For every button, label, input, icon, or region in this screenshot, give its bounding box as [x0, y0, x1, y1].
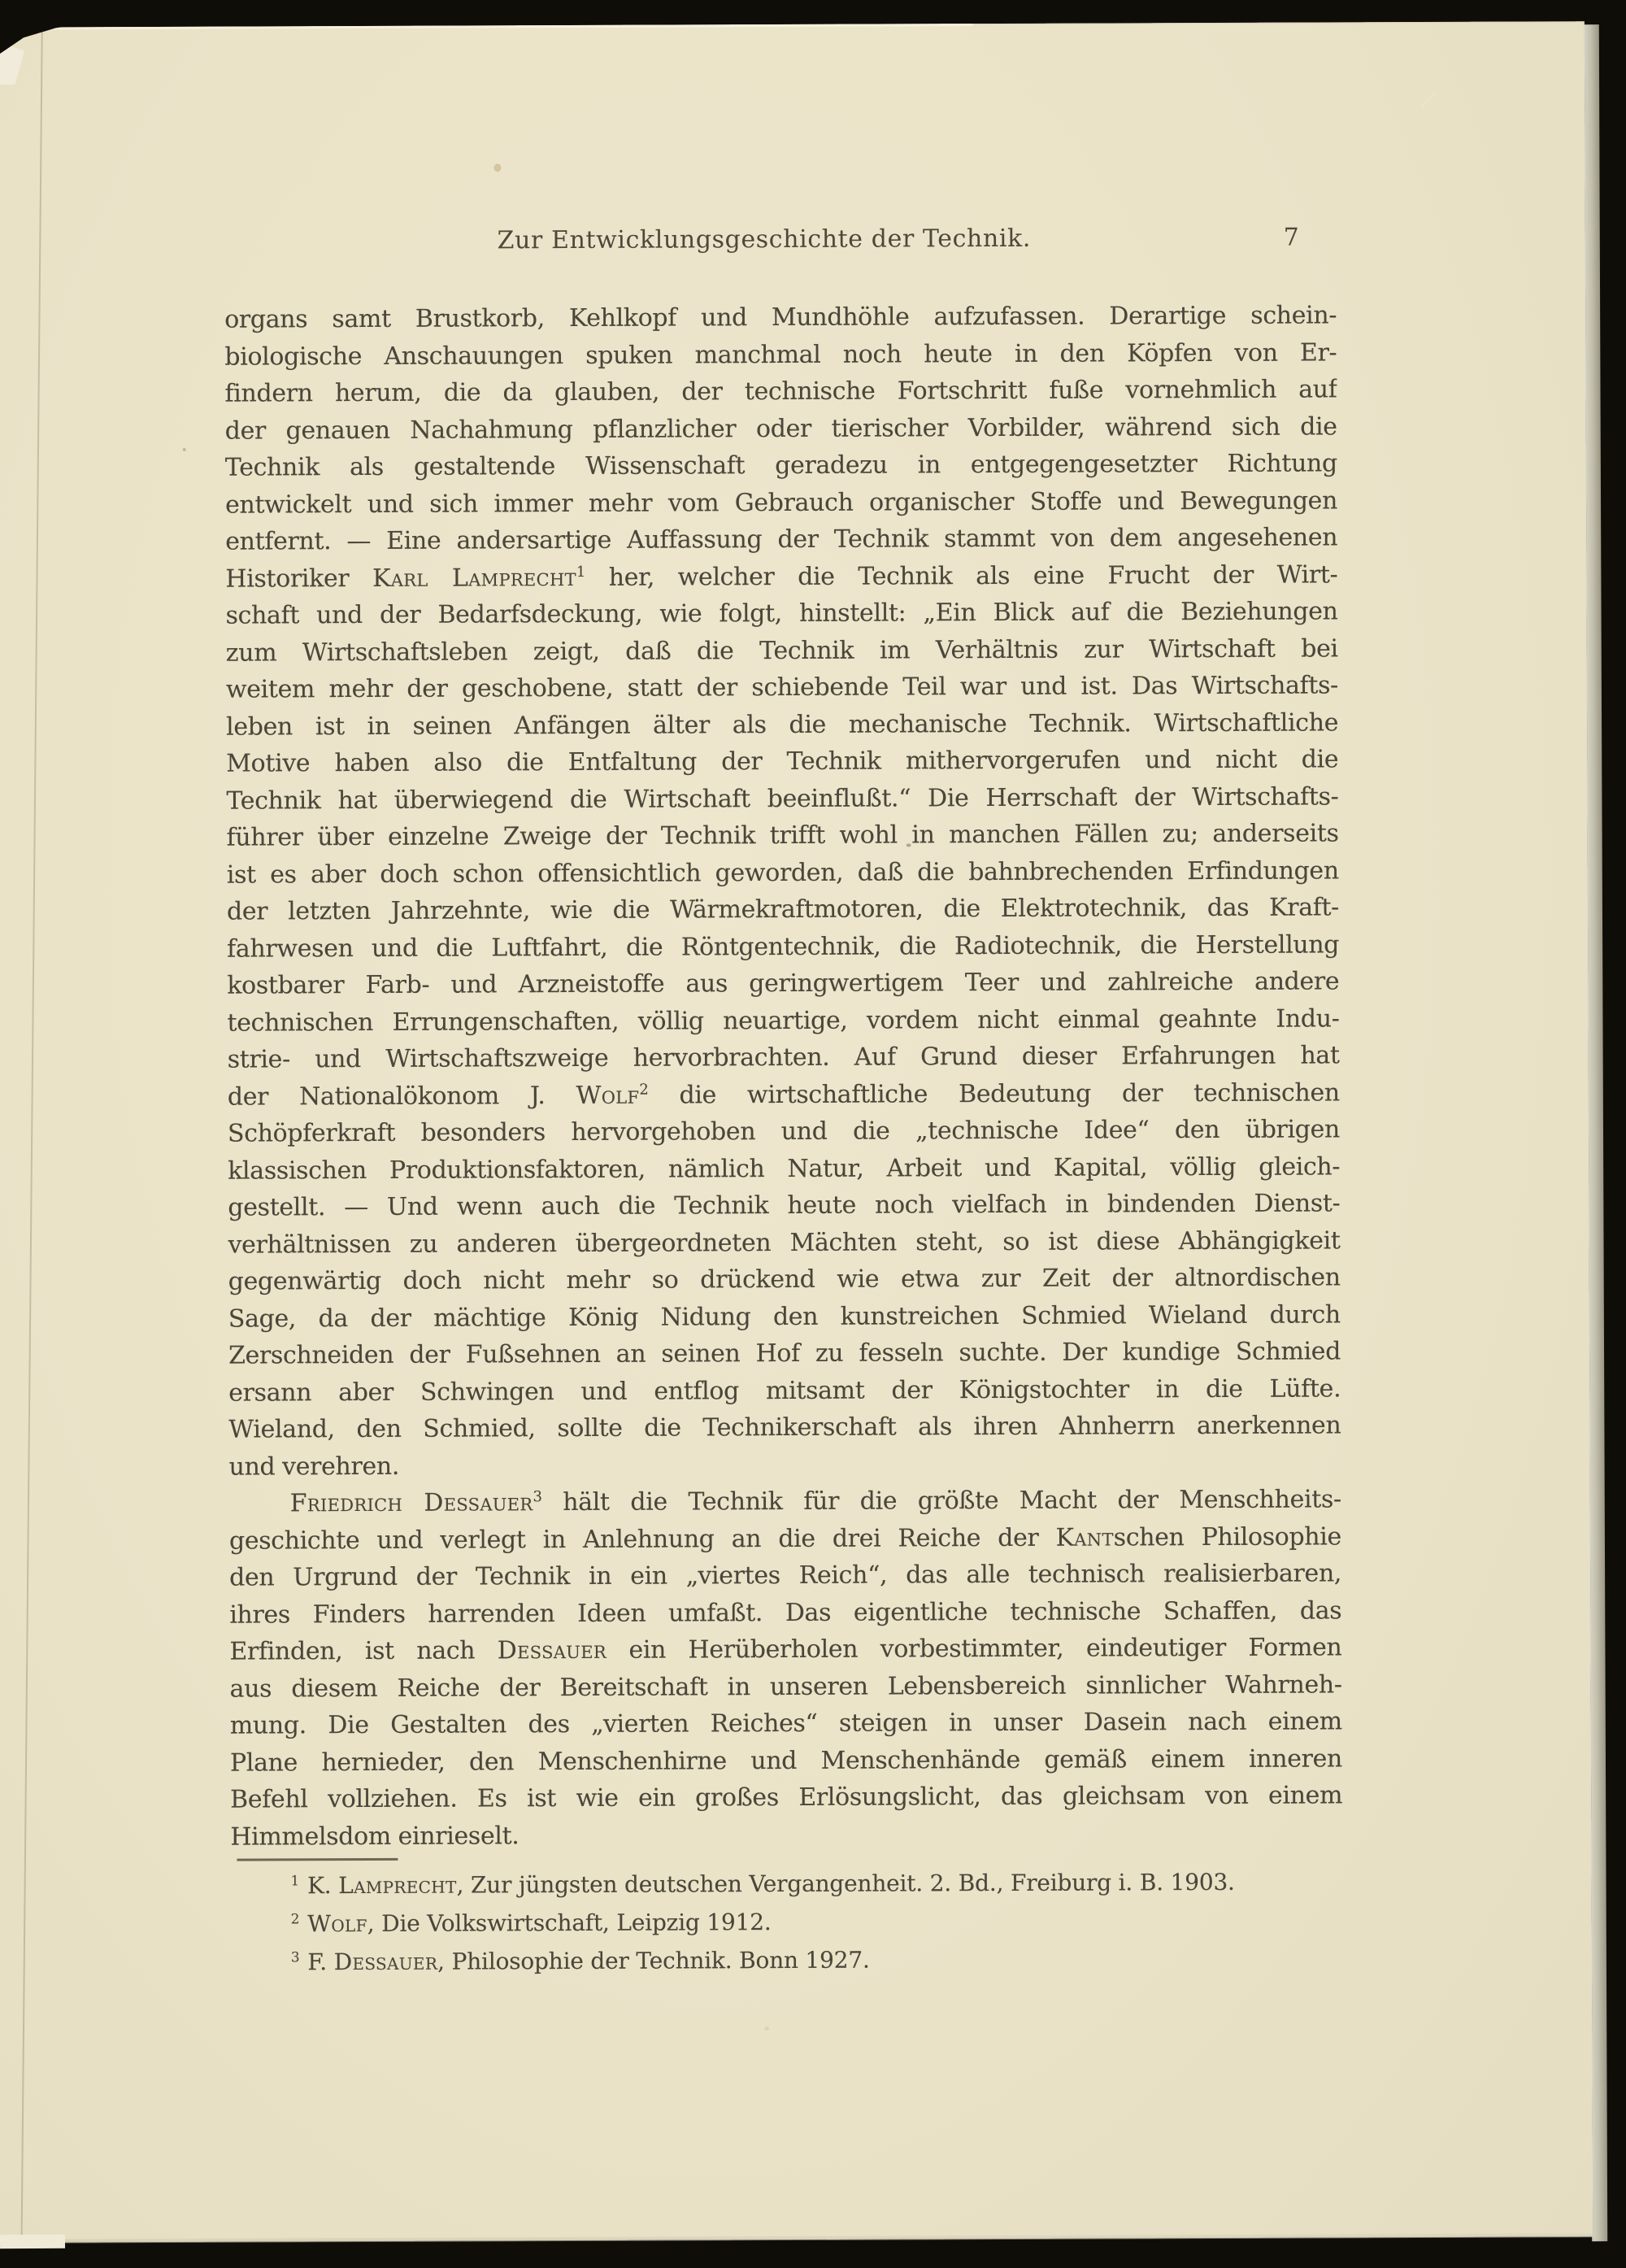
- footnote-marker: 3: [291, 1948, 300, 1965]
- running-title: Zur Entwicklungsgeschichte der Technik.: [498, 224, 1032, 255]
- text-line: Motive haben also die Entfaltung der Tec…: [226, 741, 1338, 782]
- text-line: gestellt. — Und wenn auch die Technik he…: [228, 1185, 1340, 1226]
- running-header: Zur Entwicklungsgeschichte der Technik. …: [208, 223, 1320, 259]
- page-bottom-edge-shade: [0, 2233, 1593, 2244]
- text-line: Befehl vollziehen. Es ist wie ein großes…: [230, 1777, 1342, 1818]
- underlying-page-edge: [0, 2235, 65, 2248]
- text-line: ihres Finders harrenden Ideen umfaßt. Da…: [229, 1592, 1341, 1634]
- text-line: Historiker Karl Lamprecht1 her, welcher …: [225, 556, 1337, 598]
- text-line: biologische Anschauungen spuken manchmal…: [224, 334, 1337, 376]
- text-line: führer über einzelne Zweige der Technik …: [227, 815, 1339, 856]
- text-line: Erfinden, ist nach Dessauer ein Herüberh…: [229, 1629, 1341, 1670]
- footnote-separator-rule: [237, 1858, 398, 1861]
- text-line: Schöpferkraft besonders hervorgehoben un…: [228, 1111, 1340, 1152]
- text-line: findern herum, die da glauben, der techn…: [224, 371, 1337, 412]
- text-line: technischen Errungenschaften, völlig neu…: [227, 1000, 1339, 1042]
- text-line: leben ist in seinen Anfängen älter als d…: [226, 704, 1338, 746]
- dust-speck: [906, 843, 911, 847]
- footnote-marker: 1: [290, 1872, 299, 1888]
- book-scan: Zur Entwicklungsgeschichte der Technik. …: [0, 0, 1626, 2268]
- text-line: Technik als gestaltende Wissenschaft ger…: [225, 445, 1337, 486]
- scratch-mark: [1421, 92, 1436, 108]
- dust-speck: [183, 448, 186, 451]
- footnote-line: 2Wolf, Die Volkswirtschaft, Leipzig 1912…: [231, 1900, 1343, 1943]
- text-line: fahrwesen und die Luftfahrt, die Röntgen…: [227, 926, 1339, 968]
- text-line: kostbarer Farb- und Arzneistoffe aus ger…: [227, 963, 1339, 1004]
- text-line: Zerschneiden der Fußsehnen an seinen Hof…: [228, 1333, 1341, 1374]
- text-line: Friedrich Dessauer3 hält die Technik für…: [229, 1481, 1341, 1522]
- text-line: der Nationalökonom J. Wolf2 die wirtscha…: [228, 1074, 1340, 1116]
- text-line: entwickelt und sich immer mehr vom Gebra…: [225, 482, 1337, 524]
- text-line: strie- und Wirtschaftszweige hervorbrach…: [228, 1037, 1340, 1078]
- footnote-line: 3F. Dessauer, Philosophie der Technik. B…: [231, 1939, 1343, 1981]
- dust-speck: [493, 163, 501, 172]
- text-line: ersann aber Schwingen und entflog mitsam…: [228, 1370, 1341, 1412]
- footnote-text: K. Lamprecht, Zur jüngsten deutschen Ver…: [307, 1869, 1235, 1899]
- footnotes-block: 1K. Lamprecht, Zur jüngsten deutschen Ve…: [230, 1862, 1343, 1981]
- text-line: Technik hat überwiegend die Wirtschaft b…: [226, 778, 1338, 820]
- body-text: organs samt Brustkorb, Kehlkopf und Mund…: [224, 297, 1342, 1855]
- text-line: aus diesem Reiche der Bereitschaft in un…: [230, 1666, 1342, 1708]
- dust-speck: [764, 2026, 769, 2031]
- text-line: Wieland, den Schmied, sollte die Technik…: [228, 1407, 1341, 1448]
- text-line: der letzten Jahrzehnte, wie die Wärmekra…: [227, 889, 1339, 930]
- text-line: Plane hernieder, den Menschenhirne und M…: [230, 1740, 1342, 1782]
- text-line: organs samt Brustkorb, Kehlkopf und Mund…: [224, 297, 1337, 338]
- text-line: Sage, da der mächtige König Nidung den k…: [228, 1296, 1341, 1338]
- text-line: ist es aber doch schon offensichtlich ge…: [227, 852, 1339, 894]
- text-line: zum Wirtschaftsleben zeigt, daß die Tech…: [226, 630, 1338, 672]
- text-line: geschichte und verlegt in Anlehnung an d…: [229, 1518, 1341, 1560]
- text-line: klassischen Produktionsfaktoren, nämlich…: [228, 1148, 1340, 1190]
- text-line: verhältnissen zu anderen übergeordneten …: [228, 1222, 1340, 1264]
- text-line: mung. Die Gestalten des „vierten Reiches…: [230, 1703, 1342, 1744]
- text-line: Himmelsdom einrieselt.: [230, 1814, 1342, 1856]
- text-line: den Urgrund der Technik in ein „viertes …: [229, 1555, 1341, 1596]
- footnote-line: 1K. Lamprecht, Zur jüngsten deutschen Ve…: [230, 1862, 1342, 1905]
- text-line: der genauen Nachahmung pflanzlicher oder…: [225, 408, 1337, 450]
- book-page: Zur Entwicklungsgeschichte der Technik. …: [0, 21, 1593, 2243]
- page-edge-stack: [1584, 24, 1607, 2241]
- footnote-text: F. Dessauer, Philosophie der Technik. Bo…: [307, 1947, 869, 1976]
- page-fold-line: [21, 27, 43, 2242]
- footnote-marker: 2: [291, 1910, 300, 1926]
- text-line: schaft und der Bedarfsdeckung, wie folgt…: [225, 593, 1337, 634]
- text-line: gegenwärtig doch nicht mehr so drückend …: [228, 1259, 1341, 1300]
- text-line: weitem mehr der geschobene, statt der sc…: [226, 667, 1338, 708]
- page-top-edge-highlight: [0, 24, 973, 30]
- text-line: entfernt. — Eine andersartige Auffassung…: [225, 519, 1337, 560]
- footnote-text: Wolf, Die Volkswirtschaft, Leipzig 1912.: [307, 1909, 771, 1937]
- text-line: und verehren.: [228, 1444, 1341, 1486]
- page-number: 7: [1284, 224, 1299, 253]
